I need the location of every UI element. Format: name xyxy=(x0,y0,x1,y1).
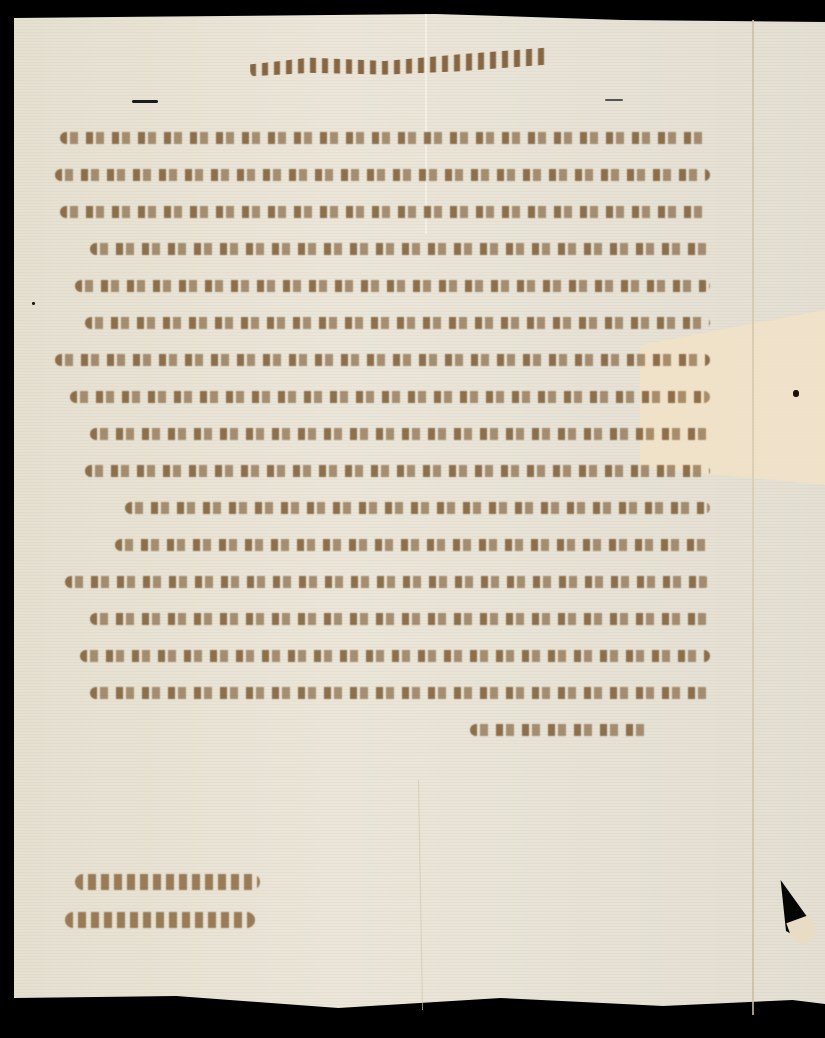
manuscript-line xyxy=(60,599,720,636)
handwriting-stroke xyxy=(90,613,710,625)
signature-block xyxy=(55,860,275,940)
handwriting-stroke xyxy=(60,206,710,218)
manuscript-line xyxy=(60,340,720,377)
signature-line-2 xyxy=(65,912,255,928)
handwriting-stroke xyxy=(470,724,650,736)
manuscript-line xyxy=(60,192,720,229)
ink-blot xyxy=(793,390,799,397)
handwriting-stroke xyxy=(55,169,710,181)
manuscript-line xyxy=(60,525,720,562)
document-type: handwritten letter (mirrored bleed-throu… xyxy=(0,0,1,1)
handwriting-stroke xyxy=(70,391,710,403)
manuscript-line xyxy=(60,414,720,451)
vertical-fold-line xyxy=(752,20,754,1015)
handwriting-stroke xyxy=(90,687,710,699)
ink-blot xyxy=(32,302,35,305)
ink-dash-mark xyxy=(132,100,158,103)
signature-line-1 xyxy=(75,874,260,890)
ink-dash-mark xyxy=(605,99,623,101)
manuscript-line xyxy=(60,488,720,525)
manuscript-line xyxy=(60,673,720,710)
manuscript-line xyxy=(60,710,720,747)
manuscript-line xyxy=(60,562,720,599)
manuscript-line xyxy=(60,451,720,488)
handwriting-stroke xyxy=(115,539,710,551)
manuscript-line xyxy=(60,377,720,414)
manuscript-line xyxy=(60,229,720,266)
manuscript-line xyxy=(60,266,720,303)
handwriting-stroke xyxy=(85,317,710,329)
handwriting-stroke xyxy=(55,354,710,366)
handwriting-stroke xyxy=(75,280,710,292)
handwriting-stroke xyxy=(90,243,710,255)
manuscript-line xyxy=(60,303,720,340)
handwriting-stroke xyxy=(65,576,710,588)
manuscript-line xyxy=(60,636,720,673)
handwriting-stroke xyxy=(60,132,710,144)
manuscript-body xyxy=(60,118,720,747)
handwriting-stroke xyxy=(125,502,710,514)
handwriting-stroke xyxy=(85,465,710,477)
manuscript-line xyxy=(60,155,720,192)
handwriting-stroke xyxy=(90,428,710,440)
handwriting-stroke xyxy=(80,650,710,662)
manuscript-line xyxy=(60,118,720,155)
